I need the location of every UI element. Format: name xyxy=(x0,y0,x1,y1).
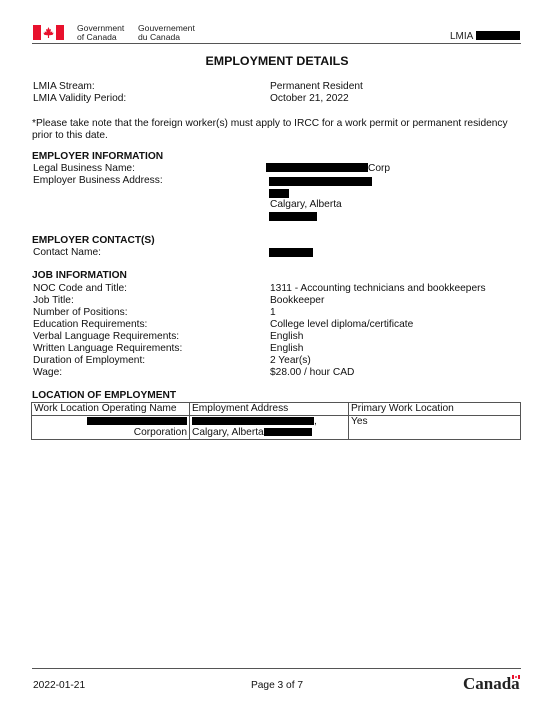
address-line2: Calgary, Alberta xyxy=(192,427,264,438)
table-header-row: Work Location Operating Name Employment … xyxy=(32,403,521,416)
redacted-block xyxy=(192,417,314,425)
redacted-block xyxy=(476,31,520,40)
location-heading: LOCATION OF EMPLOYMENT xyxy=(32,390,176,401)
government-of-canada-wordmark: Government of Canada xyxy=(77,24,124,41)
header-divider xyxy=(32,43,521,44)
legal-name-value: Corp xyxy=(270,163,390,175)
legal-name-suffix: Corp xyxy=(368,163,390,174)
job-row-label: Written Language Requirements: xyxy=(33,343,182,355)
job-row-value: 1 xyxy=(270,307,276,319)
redacted-postal-code xyxy=(269,212,317,221)
column-header: Work Location Operating Name xyxy=(32,403,190,416)
legal-name-label: Legal Business Name: xyxy=(33,163,135,175)
gouvernement-du-canada-wordmark: Gouvernement du Canada xyxy=(138,24,195,41)
lmia-stream-label: LMIA Stream: xyxy=(33,81,95,93)
lmia-validity-value: October 21, 2022 xyxy=(270,93,349,105)
job-row-value: English xyxy=(270,331,303,343)
job-row-value: 1311 - Accounting technicians and bookke… xyxy=(270,283,486,295)
footer-divider xyxy=(32,668,521,669)
column-header: Primary Work Location xyxy=(349,403,521,416)
redacted-block xyxy=(264,428,312,436)
employer-info-heading: EMPLOYER INFORMATION xyxy=(32,151,163,162)
page-title: EMPLOYMENT DETAILS xyxy=(0,54,554,68)
operating-name-suffix: Corporation xyxy=(134,427,187,438)
table-row: Corporation , Calgary, Alberta Yes xyxy=(32,415,521,439)
wordmark-flag-icon xyxy=(512,675,520,679)
job-row-label: Education Requirements: xyxy=(33,319,147,331)
address-cell: , Calgary, Alberta xyxy=(190,415,349,439)
job-row-label: Wage: xyxy=(33,367,62,379)
address-line1-suffix: , xyxy=(314,416,317,427)
job-row-value: $28.00 / hour CAD xyxy=(270,367,354,379)
lmia-validity-label: LMIA Validity Period: xyxy=(33,93,126,105)
location-table: Work Location Operating Name Employment … xyxy=(31,402,521,440)
contact-name-label: Contact Name: xyxy=(33,247,101,259)
lmia-label: LMIA xyxy=(450,31,473,42)
operating-name-cell: Corporation xyxy=(32,415,190,439)
redacted-block xyxy=(87,417,187,425)
job-row-value: English xyxy=(270,343,303,355)
employer-contact-heading: EMPLOYER CONTACT(S) xyxy=(32,235,155,246)
address-city: Calgary, Alberta xyxy=(270,199,342,211)
primary-location-cell: Yes xyxy=(349,415,521,439)
job-row-label: Job Title: xyxy=(33,295,74,307)
redacted-address-line1 xyxy=(269,177,372,186)
redacted-block xyxy=(266,163,368,172)
redacted-contact-name xyxy=(269,248,313,257)
job-info-heading: JOB INFORMATION xyxy=(32,270,127,281)
job-row-value: Bookkeeper xyxy=(270,295,324,307)
lmia-stream-value: Permanent Resident xyxy=(270,81,363,93)
job-row-label: Verbal Language Requirements: xyxy=(33,331,179,343)
redacted-address-line2 xyxy=(269,189,289,198)
job-row-value: College level diploma/certificate xyxy=(270,319,413,331)
job-row-label: NOC Code and Title: xyxy=(33,283,127,295)
lmia-number: LMIA xyxy=(450,31,520,42)
validity-note: *Please take note that the foreign worke… xyxy=(32,118,524,142)
job-row-label: Duration of Employment: xyxy=(33,355,145,367)
column-header: Employment Address xyxy=(190,403,349,416)
job-row-label: Number of Positions: xyxy=(33,307,128,319)
canada-flag-icon xyxy=(33,25,64,40)
gov-fr-line2: du Canada xyxy=(138,33,195,42)
gov-en-line2: of Canada xyxy=(77,33,124,42)
address-label: Employer Business Address: xyxy=(33,175,163,187)
job-row-value: 2 Year(s) xyxy=(270,355,311,367)
